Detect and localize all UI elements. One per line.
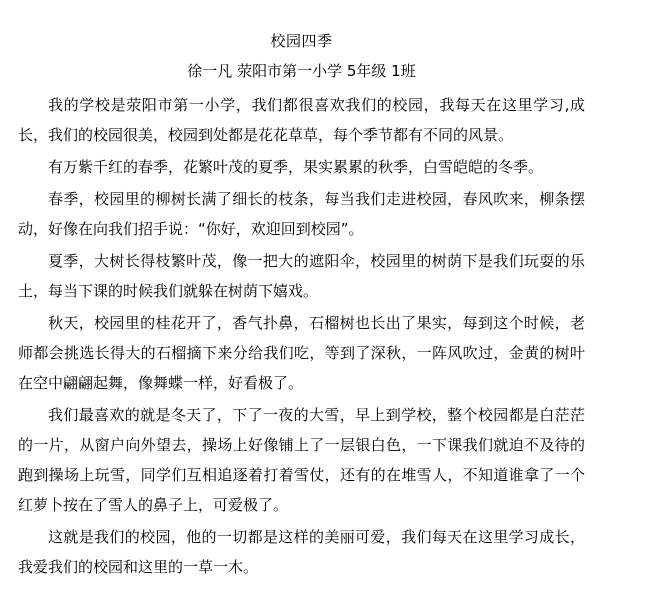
essay-paragraph: 我的学校是荥阳市第一小学，我们都很喜欢我们的校园，我每天在这里学习,成长，我们的… bbox=[18, 90, 585, 150]
essay-title: 校园四季 bbox=[18, 26, 585, 56]
document-page: 校园四季 徐一凡 荥阳市第一小学 5年级 1班 我的学校是荥阳市第一小学，我们都… bbox=[0, 0, 671, 605]
essay-byline: 徐一凡 荥阳市第一小学 5年级 1班 bbox=[18, 56, 585, 86]
essay-paragraph: 春季，校园里的柳树长满了细长的枝条，每当我们走进校园，春风吹来，柳条摆动，好像在… bbox=[18, 184, 585, 244]
essay-paragraph: 夏季，大树长得枝繁叶茂，像一把大的遮阳伞，校园里的树荫下是我们玩耍的乐土，每当下… bbox=[18, 246, 585, 306]
essay-paragraph: 秋天，校园里的桂花开了，香气扑鼻，石榴树也长出了果实，每到这个时候，老师都会挑选… bbox=[18, 308, 585, 398]
essay-paragraph: 这就是我们的校园，他的一切都是这样的美丽可爱，我们每天在这里学习成长，我爱我们的… bbox=[18, 522, 585, 582]
essay-content: 校园四季 徐一凡 荥阳市第一小学 5年级 1班 我的学校是荥阳市第一小学，我们都… bbox=[0, 0, 671, 582]
essay-paragraph: 有万紫千红的春季，花繁叶茂的夏季，果实累累的秋季，白雪皑皑的冬季。 bbox=[18, 152, 585, 182]
essay-paragraph: 我们最喜欢的就是冬天了，下了一夜的大雪，早上到学校，整个校园都是白茫茫的一片，从… bbox=[18, 400, 585, 520]
essay-body: 我的学校是荥阳市第一小学，我们都很喜欢我们的校园，我每天在这里学习,成长，我们的… bbox=[18, 90, 585, 582]
